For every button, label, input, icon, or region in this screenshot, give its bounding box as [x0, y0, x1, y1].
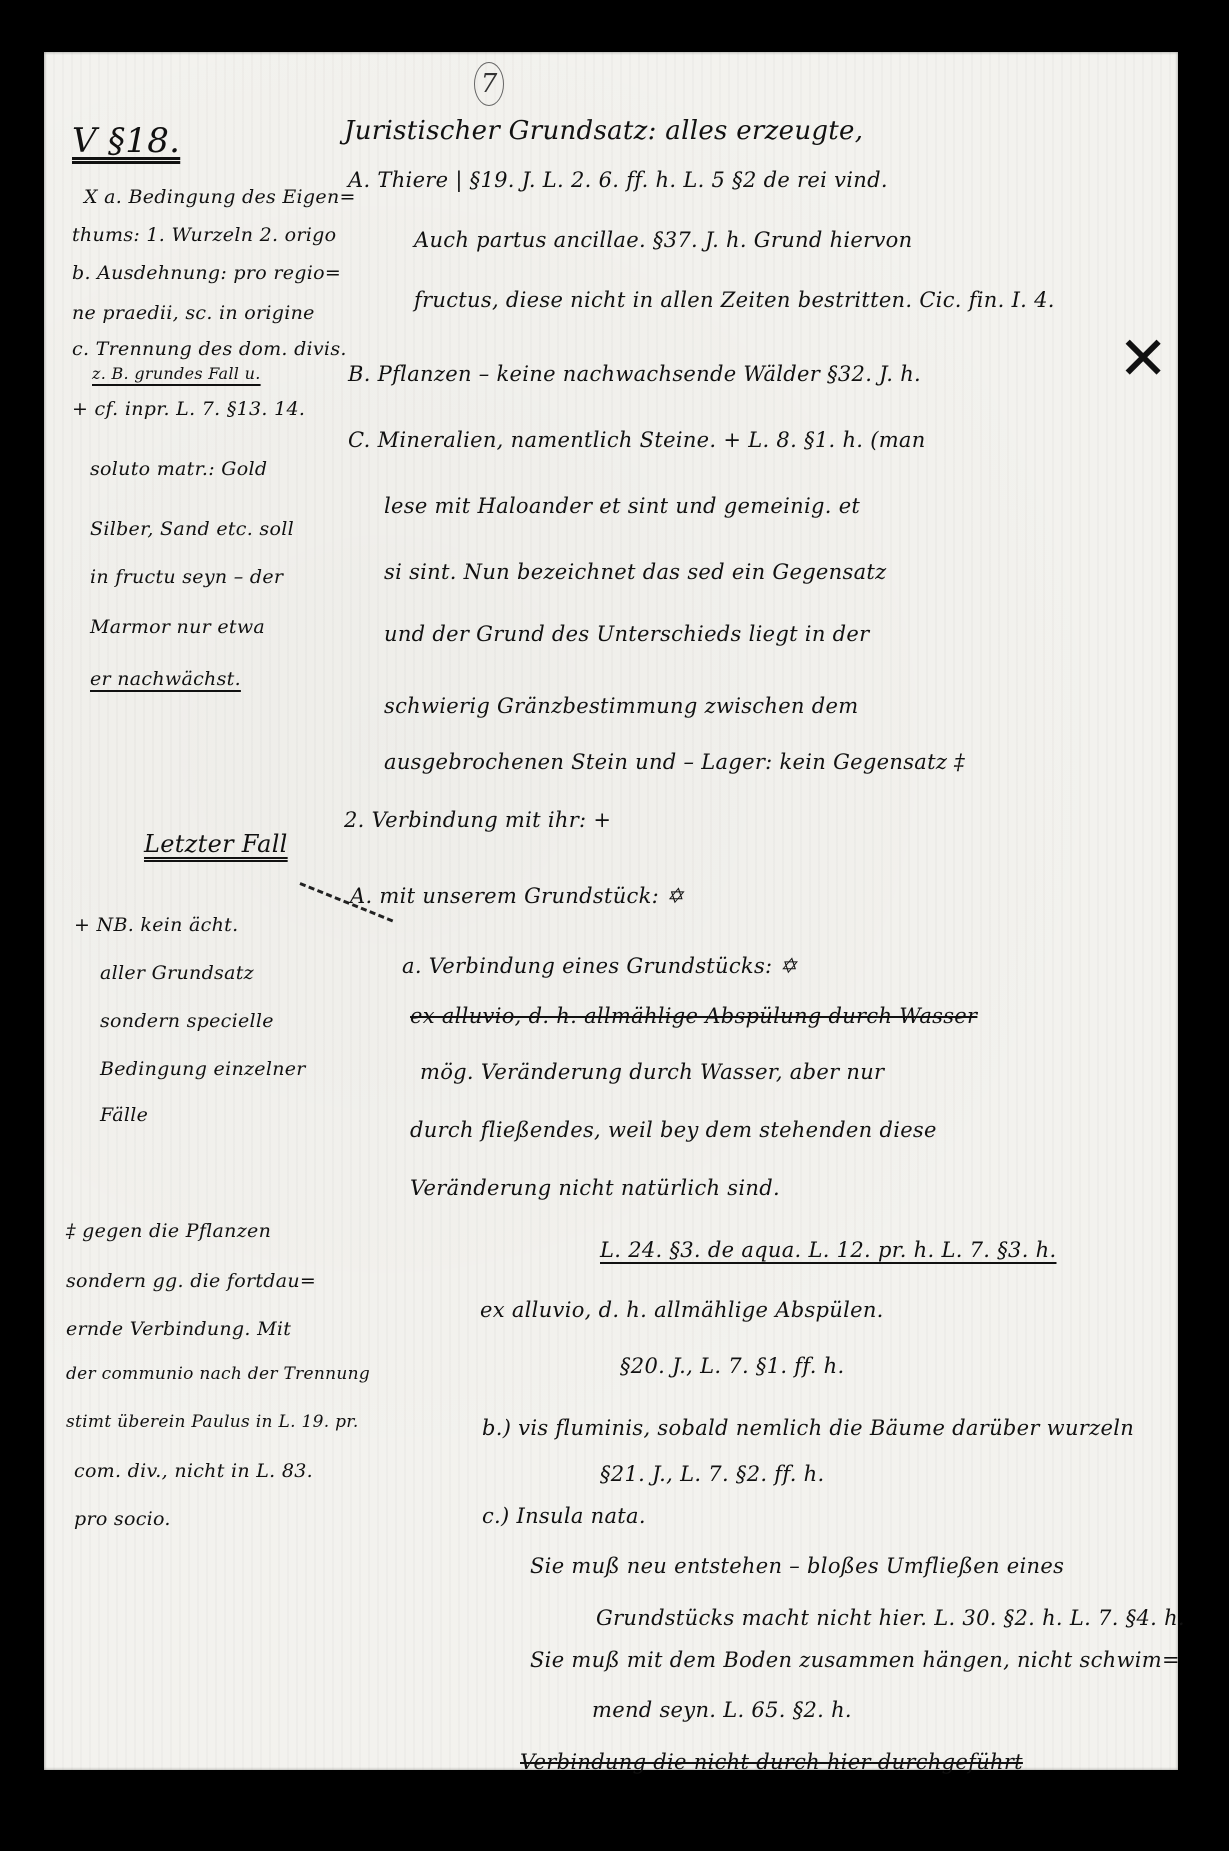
body-line: A. mit unserem Grundstück: ✡	[350, 886, 684, 907]
body-line: Sie muß neu entstehen – bloßes Umfließen…	[530, 1556, 1064, 1577]
margin-note-line: pro socio.	[74, 1510, 171, 1529]
body-line: si sint. Nun bezeichnet das sed ein Gege…	[384, 562, 887, 583]
body-citation: §20. J., L. 7. §1. ff. h.	[620, 1356, 844, 1377]
body-line-struck: Verbindung die nicht durch hier durchgef…	[520, 1752, 1023, 1773]
margin-note-line: Silber, Sand etc. soll	[90, 520, 294, 539]
margin-note-line: + cf. inpr. L. 7. §13. 14.	[72, 400, 305, 419]
body-line: b.) vis fluminis, sobald nemlich die Bäu…	[482, 1418, 1134, 1439]
cross-mark-icon: ✕	[1118, 324, 1168, 394]
margin-note-line: b. Ausdehnung: pro regio=	[72, 264, 341, 283]
margin-note-line: sondern gg. die fortdau=	[66, 1272, 316, 1291]
margin-note-line: ernde Verbindung. Mit	[66, 1320, 291, 1339]
body-line: durch fließendes, weil bey dem stehenden…	[410, 1120, 937, 1141]
body-heading: Juristischer Grundsatz: alles erzeugte,	[344, 118, 863, 144]
body-line: a. Verbindung eines Grundstücks: ✡	[402, 956, 797, 977]
body-line: ex alluvio, d. h. allmählige Abspülen.	[480, 1300, 884, 1321]
margin-note-line: ne praedii, sc. in origine	[72, 304, 315, 323]
margin-note-line: sondern specielle	[100, 1012, 274, 1031]
body-line: lese mit Haloander et sint und gemeinig.…	[384, 496, 860, 517]
margin-note-line: Bedingung einzelner	[100, 1060, 306, 1079]
margin-note-line: z. B. grundes Fall u.	[92, 366, 261, 382]
body-line: ausgebrochenen Stein und – Lager: kein G…	[384, 752, 965, 773]
margin-note-line: Fälle	[100, 1106, 148, 1125]
margin-heading-last-case: Letzter Fall	[144, 832, 288, 856]
body-line: c.) Insula nata.	[482, 1506, 646, 1527]
margin-note-line: aller Grundsatz	[100, 964, 254, 983]
margin-section-ref: V §18.	[72, 124, 180, 158]
margin-note-line: er nachwächst.	[90, 670, 241, 689]
body-citation: §21. J., L. 7. §2. ff. h.	[600, 1464, 824, 1485]
margin-note-line: thums: 1. Wurzeln 2. origo	[72, 226, 336, 245]
body-line: und der Grund des Unterschieds liegt in …	[384, 624, 869, 645]
margin-note-line: Marmor nur etwa	[90, 618, 265, 637]
body-citation: L. 24. §3. de aqua. L. 12. pr. h. L. 7. …	[600, 1240, 1056, 1261]
body-line: 2. Verbindung mit ihr: +	[344, 810, 611, 831]
margin-note-line: der communio nach der Trennung	[66, 1366, 370, 1383]
folio-number: 7	[474, 62, 504, 106]
body-line: mög. Veränderung durch Wasser, aber nur	[420, 1062, 884, 1083]
body-line: Grundstücks macht nicht hier. L. 30. §2.…	[596, 1608, 1185, 1629]
margin-note-line: X a. Bedingung des Eigen=	[84, 188, 356, 207]
body-line: C. Mineralien, namentlich Steine. + L. 8…	[348, 430, 926, 451]
margin-note-line: in fructu seyn – der	[90, 568, 283, 587]
margin-note-line: ‡ gegen die Pflanzen	[66, 1222, 271, 1241]
margin-note-line: c. Trennung des dom. divis.	[72, 340, 347, 359]
body-line: Sie muß mit dem Boden zusammen hängen, n…	[530, 1650, 1180, 1671]
margin-note-line: stimt überein Paulus in L. 19. pr.	[66, 1414, 359, 1431]
body-line-struck: ex alluvio, d. h. allmählige Abspülung d…	[410, 1006, 977, 1027]
margin-note-line: soluto matr.: Gold	[90, 460, 267, 479]
body-line: A. Thiere | §19. J. L. 2. 6. ff. h. L. 5…	[348, 170, 888, 191]
body-line: Veränderung nicht natürlich sind.	[410, 1178, 780, 1199]
body-line: Auch partus ancillae. §37. J. h. Grund h…	[414, 230, 912, 251]
body-line: mend seyn. L. 65. §2. h.	[592, 1700, 852, 1721]
body-line: fructus, diese nicht in allen Zeiten bes…	[414, 290, 1055, 311]
margin-note-line: + NB. kein ächt.	[74, 916, 238, 935]
body-line: B. Pflanzen – keine nachwachsende Wälder…	[348, 364, 921, 385]
margin-note-line: com. div., nicht in L. 83.	[74, 1462, 313, 1481]
body-line: schwierig Gränzbestimmung zwischen dem	[384, 696, 858, 717]
